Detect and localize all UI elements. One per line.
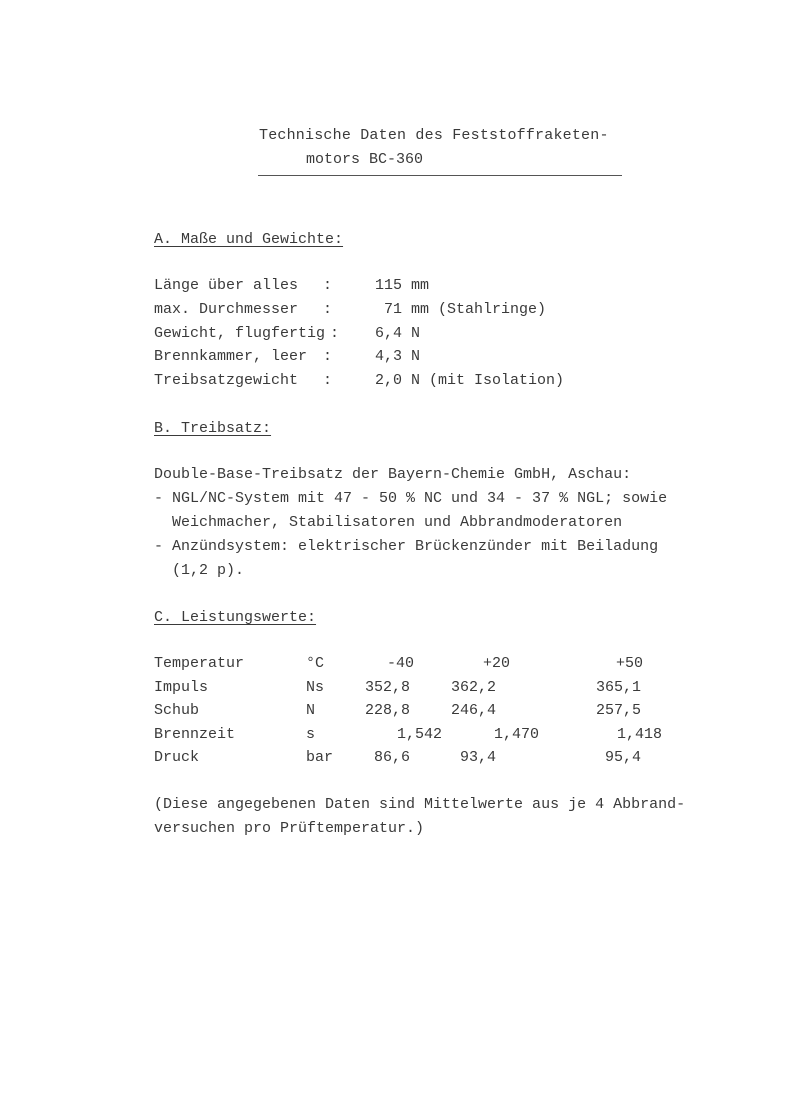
table-header-temp: +50 [616, 654, 643, 674]
section-b-heading: B. Treibsatz: [154, 419, 271, 439]
table-cell-value: 228,8 [365, 701, 410, 721]
table-cell-value: 246,4 [451, 701, 496, 721]
table-row-unit: s [306, 725, 315, 745]
footnote-line2: versuchen pro Prüftemperatur.) [154, 819, 734, 839]
title-underline-divider [258, 175, 622, 176]
document-page: Technische Daten des Feststoffraketen- m… [0, 0, 800, 1101]
table-cell-value: 86,6 [374, 748, 410, 768]
table-row-unit: Ns [306, 678, 324, 698]
spec-label: Treibsatzgewicht [154, 371, 298, 391]
table-row-label: Impuls [154, 678, 208, 698]
spec-colon: : [323, 371, 332, 391]
spec-label: Brennkammer, leer [154, 347, 307, 367]
table-cell-value: 1,470 [494, 725, 539, 745]
spec-value: 6,4 N [375, 324, 420, 344]
propellant-intro: Double-Base-Treibsatz der Bayern-Chemie … [154, 465, 734, 485]
table-cell-value: 365,1 [596, 678, 641, 698]
table-row-label: Druck [154, 748, 199, 768]
table-cell-value: 95,4 [605, 748, 641, 768]
section-c-heading: C. Leistungswerte: [154, 608, 316, 628]
footnote-line1: (Diese angegebenen Daten sind Mittelwert… [154, 795, 734, 815]
spec-label: max. Durchmesser [154, 300, 298, 320]
spec-value: 71 mm (Stahlringe) [375, 300, 546, 320]
table-row-label: Brennzeit [154, 725, 235, 745]
spec-value: 2,0 N (mit Isolation) [375, 371, 564, 391]
spec-label: Gewicht, flugfertig [154, 324, 325, 344]
propellant-bullet-2-cont: (1,2 p). [172, 561, 244, 581]
table-row-unit: bar [306, 748, 333, 768]
table-row-unit: N [306, 701, 315, 721]
table-header-label: Temperatur [154, 654, 244, 674]
spec-colon: : [330, 324, 339, 344]
propellant-bullet-2: - Anzündsystem: elektrischer Brückenzünd… [154, 537, 734, 557]
spec-value: 4,3 N [375, 347, 420, 367]
table-cell-value: 93,4 [460, 748, 496, 768]
table-cell-value: 352,8 [365, 678, 410, 698]
propellant-bullet-1-cont: Weichmacher, Stabilisatoren und Abbrandm… [172, 513, 622, 533]
propellant-bullet-1: - NGL/NC-System mit 47 - 50 % NC und 34 … [154, 489, 734, 509]
table-cell-value: 1,542 [397, 725, 442, 745]
table-row-label: Schub [154, 701, 199, 721]
table-cell-value: 362,2 [451, 678, 496, 698]
table-header-temp: -40 [387, 654, 414, 674]
section-a-heading: A. Maße und Gewichte: [154, 230, 343, 250]
spec-colon: : [323, 276, 332, 296]
table-header-unit: °C [306, 654, 324, 674]
document-title-line2: motors BC-360 [306, 150, 423, 170]
table-cell-value: 257,5 [596, 701, 641, 721]
table-header-temp: +20 [483, 654, 510, 674]
spec-value: 115 mm [375, 276, 429, 296]
document-title-line1: Technische Daten des Feststoffraketen- [259, 126, 609, 146]
spec-colon: : [323, 300, 332, 320]
spec-label: Länge über alles [154, 276, 298, 296]
table-cell-value: 1,418 [617, 725, 662, 745]
spec-colon: : [323, 347, 332, 367]
